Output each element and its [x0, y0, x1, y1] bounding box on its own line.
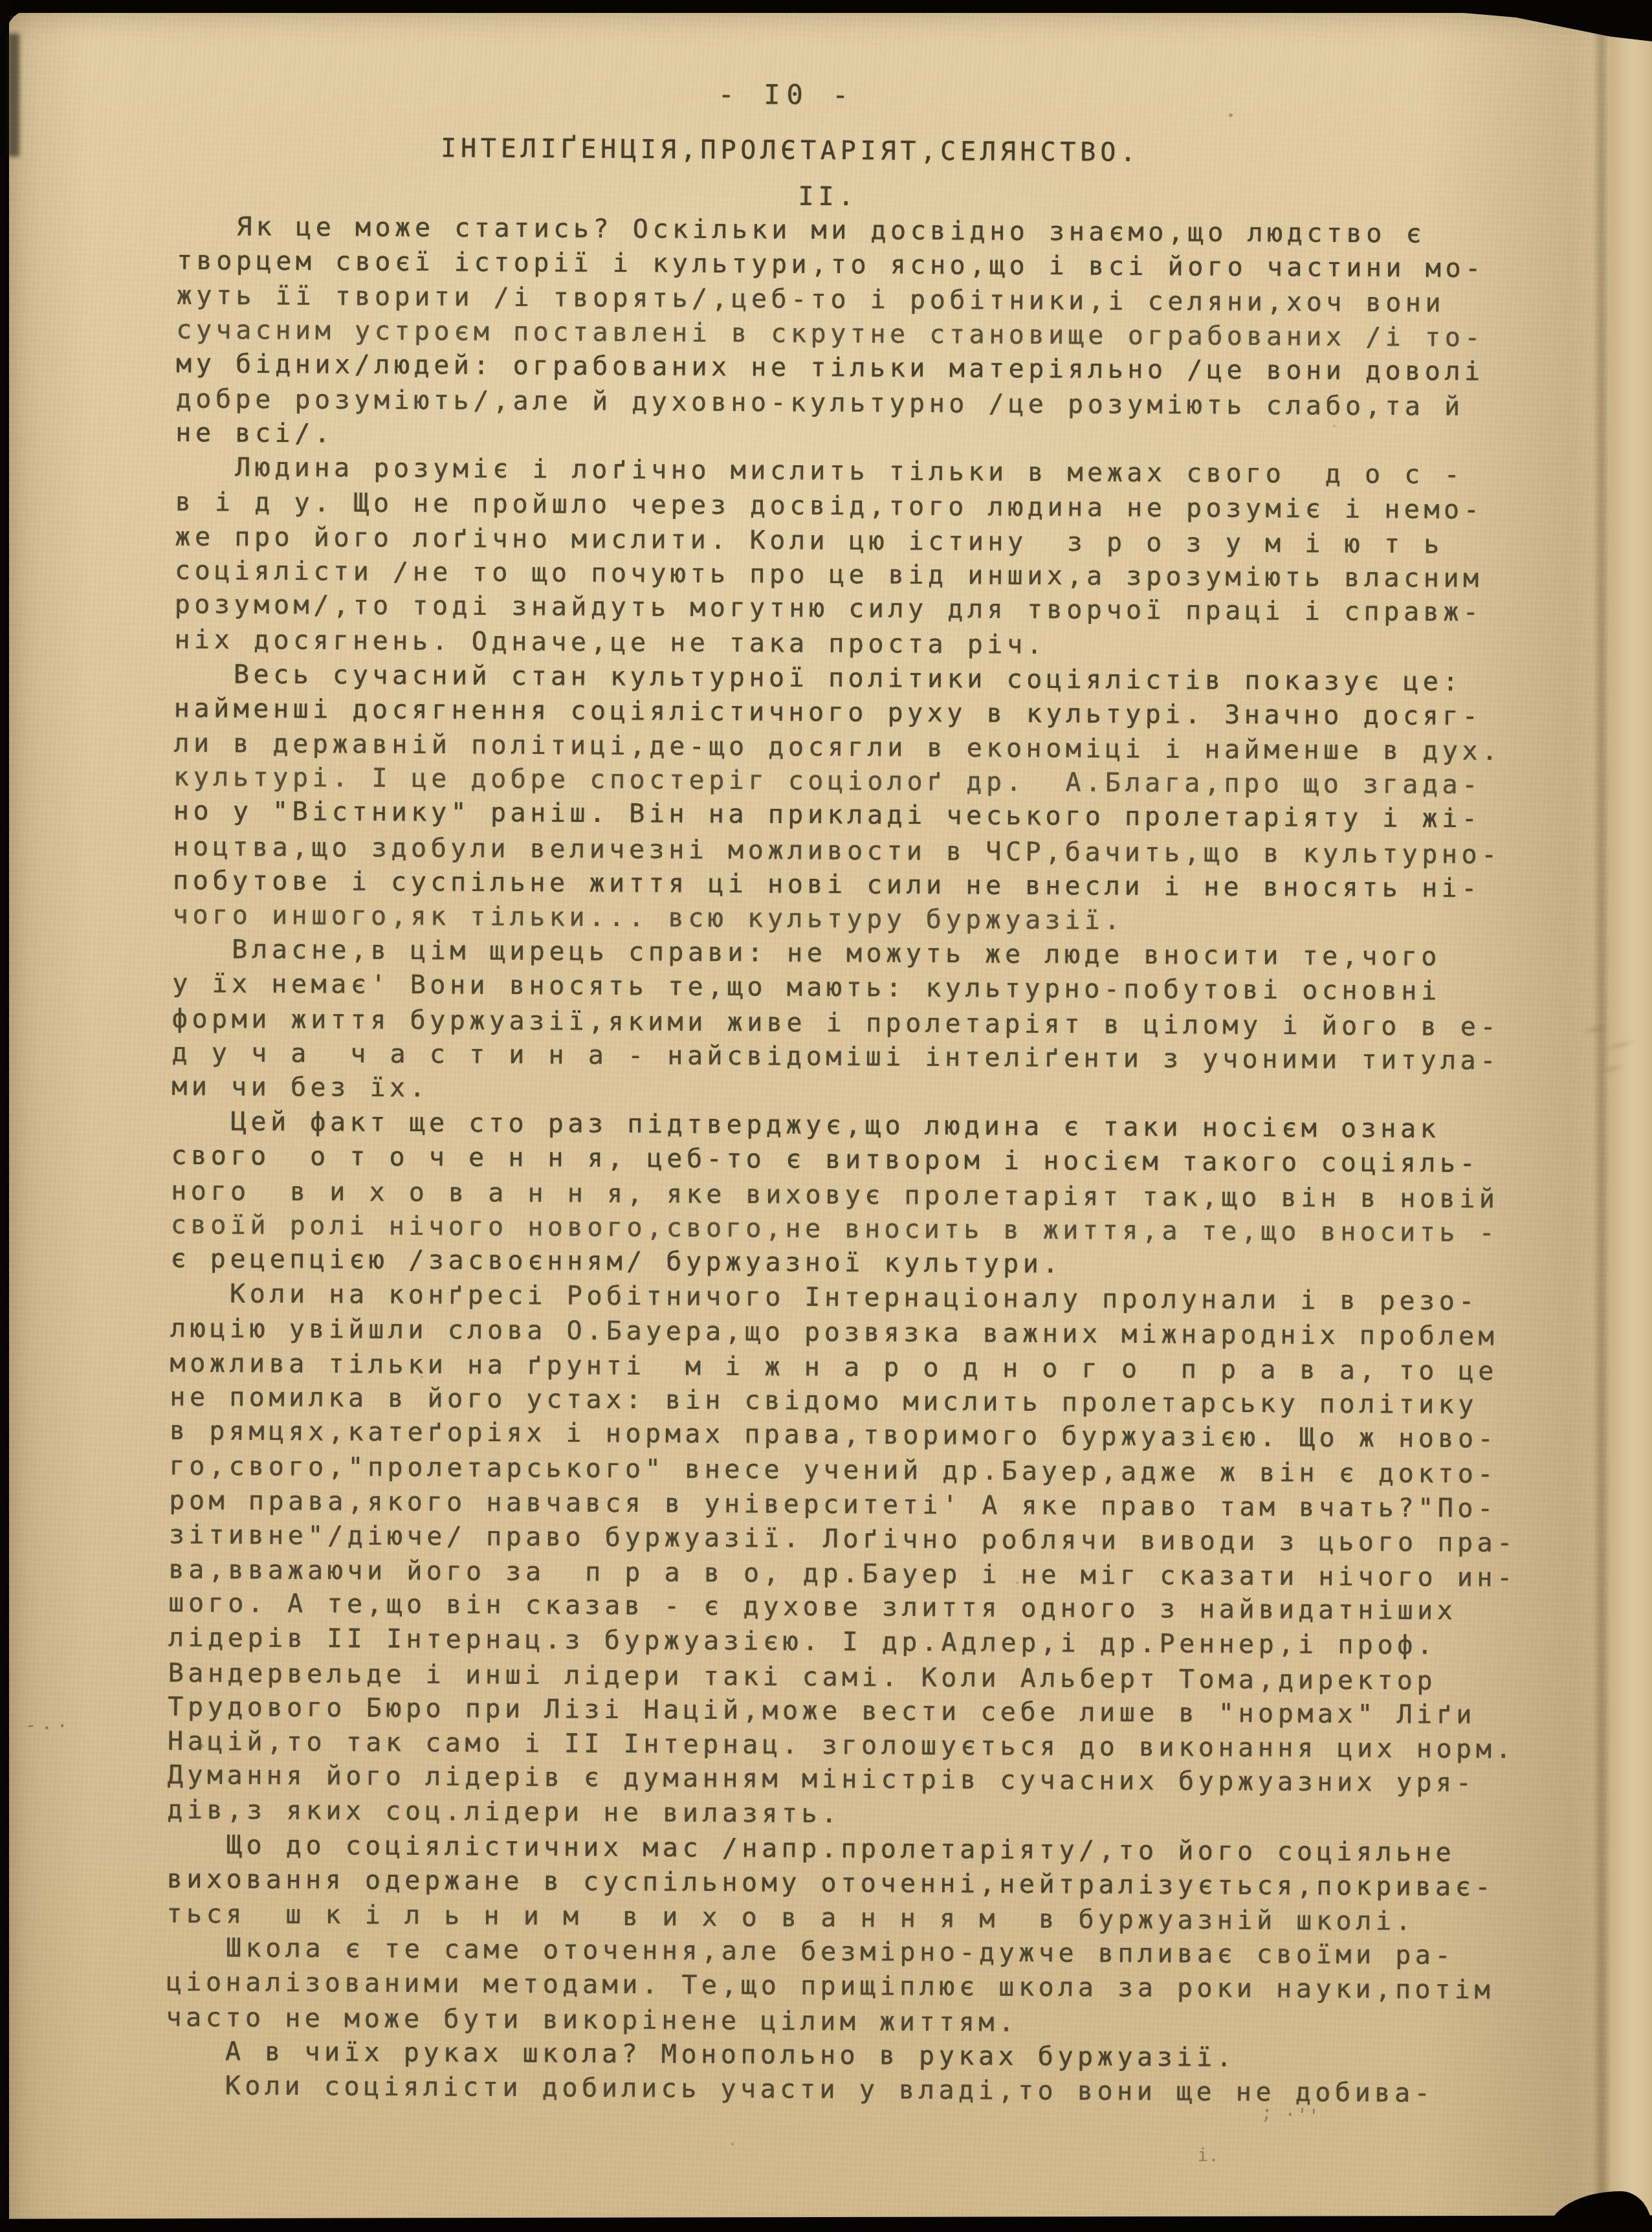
- scan-edge-top: [0, 0, 1652, 13]
- margin-pencil-mark-left: -..: [23, 1708, 72, 1737]
- paragraph: Школа є те саме оточення,але безмірно-ду…: [166, 1931, 1514, 2042]
- scan-shadow-left: [8, 34, 19, 157]
- paragraph: Весь сучасний стан культурної політики с…: [173, 657, 1523, 940]
- paragraph: Коли на конґресі Робітничого Інтернаціон…: [167, 1277, 1518, 1836]
- paragraph: Людина розуміє і лоґічно мислить тільки …: [174, 450, 1523, 665]
- typewritten-content: - І0 - ІНТЕЛІҐЕНЦІЯ,ПРОЛЄТАРІЯТ,СЕЛЯНСТВ…: [0, 0, 1652, 2232]
- paragraph: Цей факт ще сто раз підтверджує,що людин…: [170, 1105, 1519, 1285]
- margin-pencil-mark-bottom-1: ; ·'': [1260, 2101, 1320, 2128]
- section-heading: ІІ.: [798, 182, 859, 212]
- pencil-smudge-right-margin: [1570, 998, 1652, 1096]
- paragraph: Як це може статись? Оскільки ми досвідно…: [175, 210, 1525, 459]
- paragraph: Власне,в цім щирець справи: не можуть же…: [171, 933, 1521, 1113]
- scan-edge-left: [0, 0, 9, 2232]
- page-number: - І0 -: [718, 78, 855, 111]
- document-body: Як це може статись? Оскільки ми досвідно…: [166, 210, 1525, 2112]
- margin-pencil-mark-bottom-2: і.: [1197, 2145, 1219, 2166]
- paragraph: Що до соціялістичних мас /напр.пролетарі…: [166, 1828, 1515, 1939]
- scan-edge-bottom: [0, 2215, 1652, 2232]
- document-title: ІНТЕЛІҐЕНЦІЯ,ПРОЛЄТАРІЯТ,СЕЛЯНСТВО.: [441, 133, 1140, 168]
